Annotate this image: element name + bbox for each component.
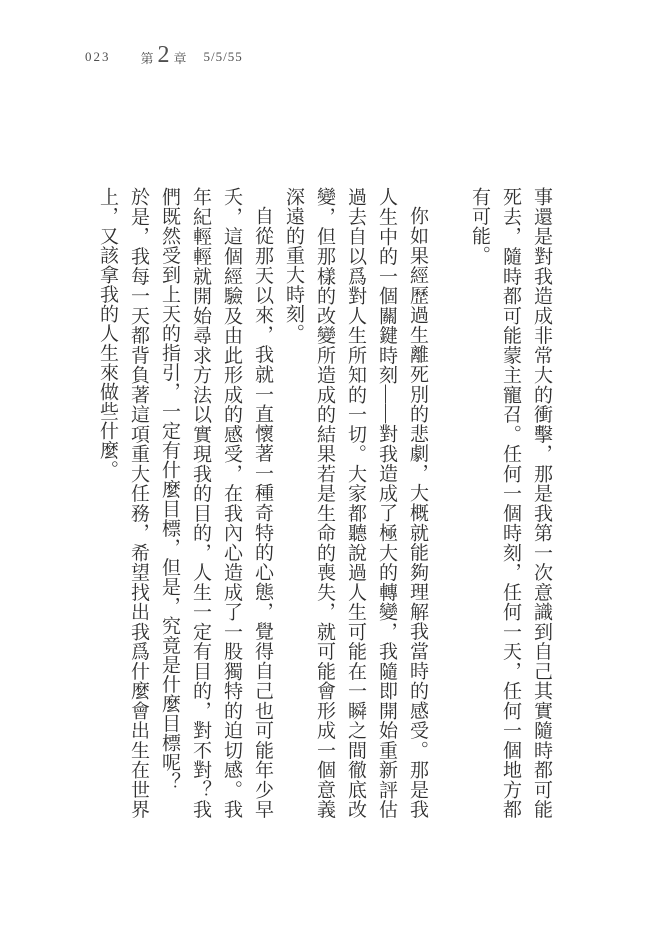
paragraph: 你如果經歷過生離死別的悲劇，大概就能夠理解我當時的感受。那是我人生中的一個關鍵時… (278, 187, 433, 819)
page-number: 023 (85, 49, 111, 65)
paragraph: 於是，我每一天都背負著這項重大任務，希望找出我爲什麼會出生在世界上，又該拿我的人… (92, 187, 154, 819)
book-page: 023 第 2 章 5/5/55 事還是對我造成非常大的衝擊，那是我第一次意識到… (0, 0, 663, 932)
paragraph: 自從那天以來，我就一直懷著一種奇特的心態，覺得自己也可能年少早夭，這個經驗及由此… (154, 187, 278, 819)
chapter-number: 2 (158, 43, 171, 67)
paragraph: 事還是對我造成非常大的衝擊，那是我第一次意識到自己其實隨時都可能死去，隨時都可能… (464, 187, 557, 819)
chapter-prefix: 第 (141, 48, 155, 67)
chapter-title: 5/5/55 (204, 49, 243, 65)
chapter-suffix: 章 (174, 48, 188, 67)
chapter-label: 第 2 章 (141, 45, 188, 69)
page-header: 023 第 2 章 5/5/55 (85, 42, 243, 72)
body-text: 事還是對我造成非常大的衝擊，那是我第一次意識到自己其實隨時都可能死去，隨時都可能… (92, 187, 557, 819)
